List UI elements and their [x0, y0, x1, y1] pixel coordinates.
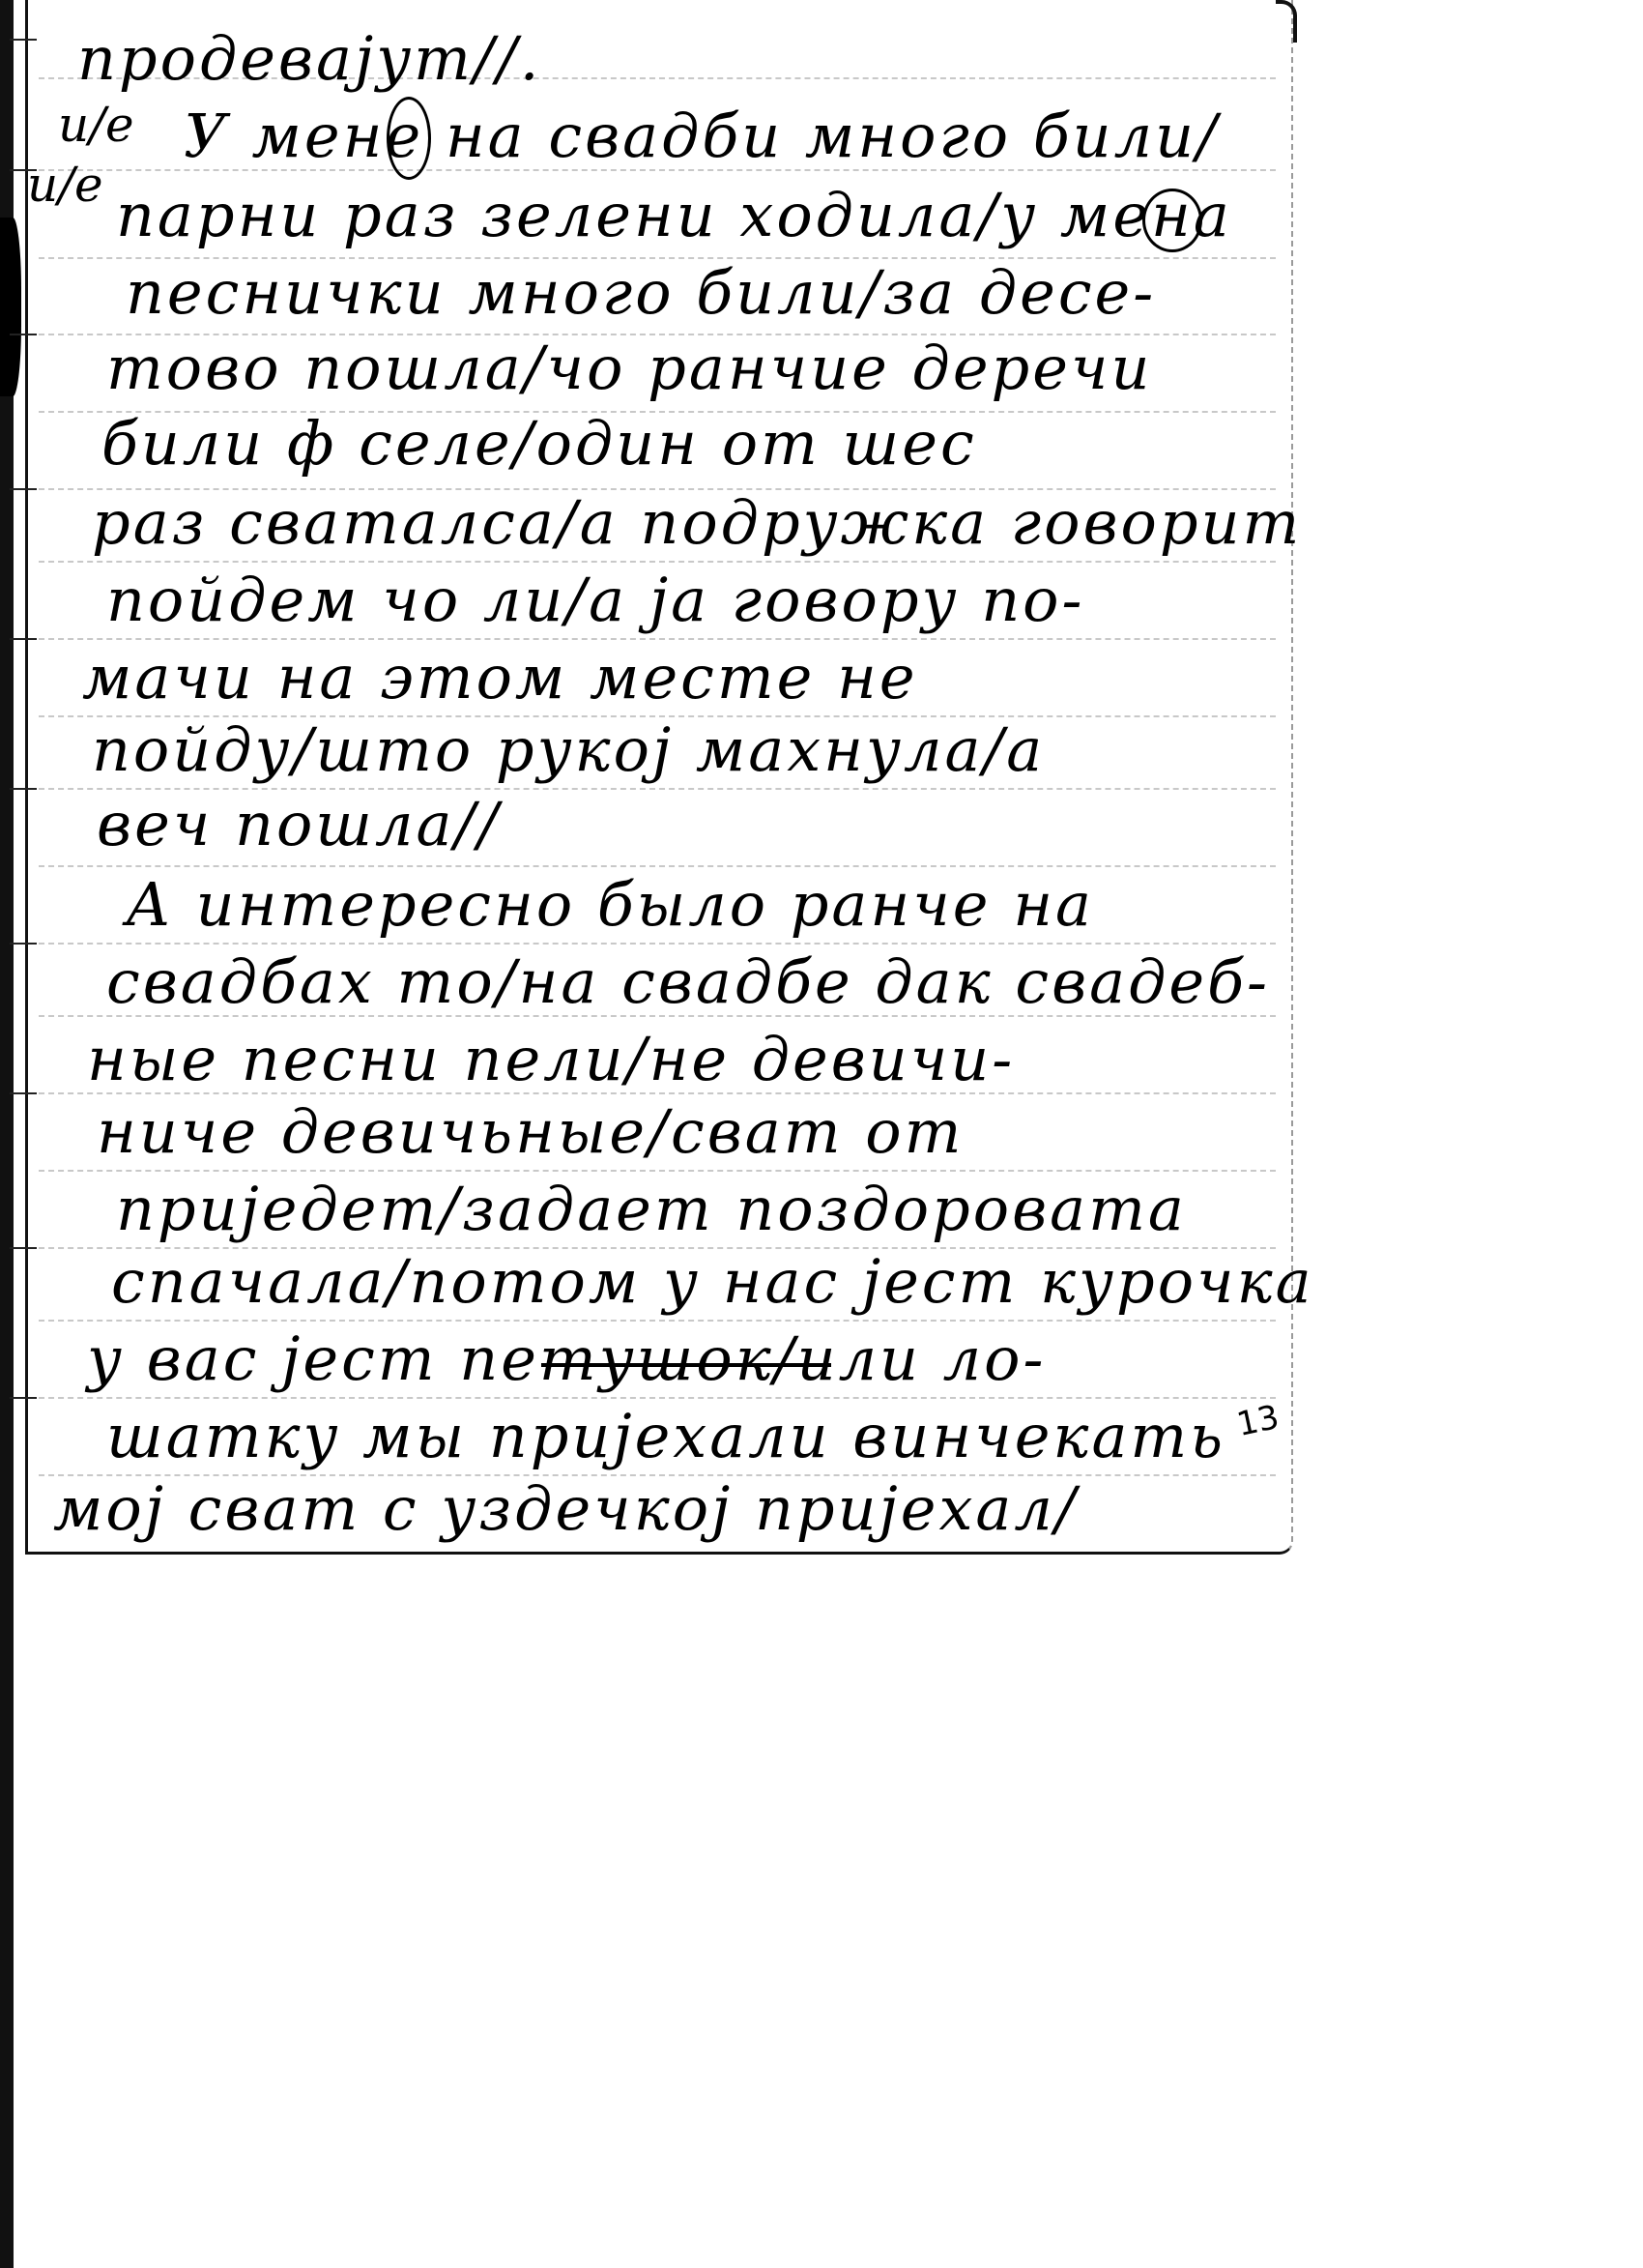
margin-note: и/е [27, 157, 103, 213]
ruled-line [39, 1170, 1276, 1172]
ruled-line [39, 1320, 1276, 1322]
margin-tick [10, 788, 37, 790]
circled-correction-mark [387, 97, 431, 180]
margin-tick [10, 1397, 37, 1399]
margin-line [25, 0, 28, 1552]
margin-tick [10, 39, 37, 41]
text-line: У мене на свадби много били/ [184, 106, 1220, 166]
text-line: били ф селе/один от шес [101, 414, 977, 474]
margin-tick [10, 638, 37, 640]
circled-correction-mark [1142, 189, 1202, 252]
text-line: ные песни пели/не девичи- [87, 1030, 1015, 1090]
text-line: свадбах то/на свадбе дак свадеб- [106, 952, 1270, 1012]
text-line: парни раз зелени ходила/у мена [116, 186, 1232, 246]
ruled-line [39, 561, 1276, 563]
text-line: шатку мы приjехали винчекать [106, 1407, 1225, 1467]
ruled-line [39, 943, 1276, 945]
text-line: мој сват с уздечкој приjехал/ [53, 1479, 1079, 1539]
text-line: раз сваталса/а подружка говорит [92, 493, 1302, 553]
text-line: песнички много били/за десе- [126, 263, 1156, 323]
underline-mark [541, 1363, 831, 1367]
text-line: пойдем чо ли/а ја говору по- [106, 570, 1084, 630]
margin-tick [10, 334, 37, 335]
margin-tick [10, 488, 37, 490]
page-corner-top [1276, 0, 1297, 43]
text-line: А интересно было ранче на [126, 875, 1094, 935]
text-line: веч пошла// [97, 795, 501, 855]
scan-binding-shadow [0, 218, 21, 396]
text-line: приједет/задает поздоровата [116, 1179, 1187, 1239]
ruled-line [39, 865, 1276, 867]
text-line: спачала/потом у нас јест курочка [111, 1252, 1314, 1312]
text-line: у вас јест петушок/или ло- [87, 1329, 1046, 1389]
margin-tick [10, 1247, 37, 1249]
ruled-line [39, 1397, 1276, 1399]
ruled-line [39, 638, 1276, 640]
text-line: тово пошла/чо ранчие деречи [106, 338, 1152, 398]
margin-note: и/е [58, 97, 134, 153]
text-line: продевајут//. [77, 29, 541, 89]
margin-tick [10, 1092, 37, 1094]
text-line: ниче девичьные/сват от [97, 1102, 964, 1162]
text-line: пойду/што рукој махнула/а [92, 720, 1045, 780]
text-line: мачи на этом месте не [82, 648, 918, 708]
margin-tick [10, 943, 37, 945]
